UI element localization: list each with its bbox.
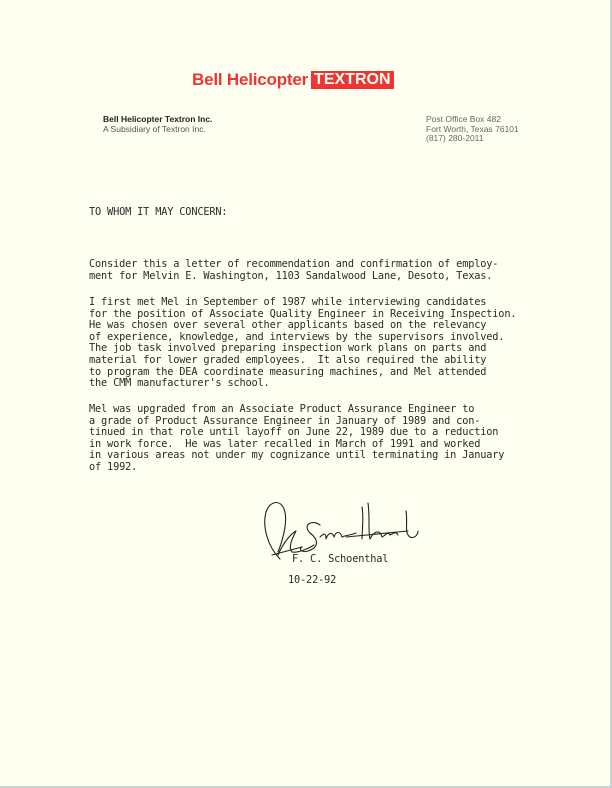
company-name: Bell Helicopter Textron Inc. [103, 114, 212, 124]
phone-number: (817) 280-2011 [426, 134, 519, 144]
signer-name: F. C. Schoenthal [292, 553, 388, 565]
address-block: Post Office Box 482 Fort Worth, Texas 76… [426, 115, 519, 144]
paragraph-1: Consider this a letter of recommendation… [89, 259, 498, 282]
logo-textron-box: TEXTRON [311, 71, 393, 89]
logo-brand-text: Bell Helicopter [192, 70, 308, 90]
signature-date: 10-22-92 [288, 574, 336, 586]
company-block: Bell Helicopter Textron Inc. A Subsidiar… [103, 114, 212, 134]
paragraph-2: I first met Mel in September of 1987 whi… [89, 297, 516, 390]
paragraph-3: Mel was upgraded from an Associate Produ… [89, 404, 504, 474]
company-subsidiary: A Subsidiary of Textron Inc. [103, 124, 212, 134]
salutation: TO WHOM IT MAY CONCERN: [89, 207, 227, 219]
company-logo: Bell Helicopter TEXTRON [192, 71, 394, 89]
